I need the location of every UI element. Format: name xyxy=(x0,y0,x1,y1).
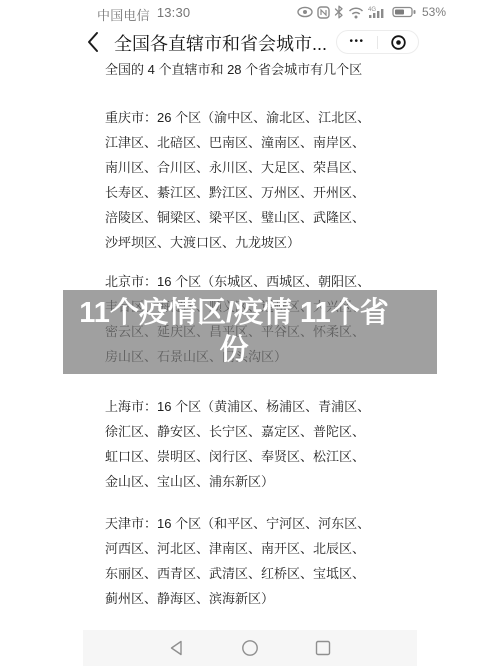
carrier-label: 中国电信 xyxy=(97,5,150,24)
back-triangle-icon[interactable] xyxy=(167,638,187,658)
page-title: 全国各直辖市和省会城市... xyxy=(114,30,332,56)
article-line: 河西区、河北区、津南区、南开区、北辰区、 xyxy=(105,536,405,561)
wechat-capsule: ••• xyxy=(336,30,419,54)
battery-percent-label: 53% xyxy=(422,5,446,19)
bluetooth-icon xyxy=(334,5,344,19)
home-circle-icon[interactable] xyxy=(240,638,260,658)
article-line: 徐汇区、静安区、长宁区、嘉定区、普陀区、 xyxy=(105,419,405,444)
article-line: 金山区、宝山区、浦东新区） xyxy=(105,469,405,494)
article-heading: 全国的 4 个直辖市和 28 个省会城市有几个区 xyxy=(105,57,405,82)
article-line: 上海市：16 个区（黄浦区、杨浦区、青浦区、 xyxy=(105,394,405,419)
wifi-icon xyxy=(348,6,364,19)
article-line: 长寿区、綦江区、黔江区、万州区、开州区、 xyxy=(105,180,405,205)
signal-4g-icon: 4G xyxy=(368,5,388,19)
article-line: 天津市：16 个区（和平区、宁河区、河东区、 xyxy=(105,511,405,536)
back-chevron-icon[interactable] xyxy=(86,31,100,53)
article-line: 东丽区、西青区、武清区、红桥区、宝坻区、 xyxy=(105,561,405,586)
article-paragraph: 上海市：16 个区（黄浦区、杨浦区、青浦区、徐汇区、静安区、长宁区、嘉定区、普陀… xyxy=(105,394,405,494)
article-line: 涪陵区、铜梁区、梁平区、璧山区、武隆区、 xyxy=(105,205,405,230)
article-line: 虹口区、崇明区、闵行区、奉贤区、松江区、 xyxy=(105,444,405,469)
article-line: 南川区、合川区、永川区、大足区、荣昌区、 xyxy=(105,155,405,180)
nfc-icon xyxy=(317,6,330,19)
phone-screen: 中国电信 13:30 4G xyxy=(0,0,500,666)
watermark-line: 份 xyxy=(219,332,248,369)
battery-icon xyxy=(392,6,416,18)
article-paragraph: 天津市：16 个区（和平区、宁河区、河东区、河西区、河北区、津南区、南开区、北辰… xyxy=(105,511,405,611)
android-nav-bar xyxy=(83,630,417,666)
clock-label: 13:30 xyxy=(157,5,191,24)
svg-text:4G: 4G xyxy=(368,7,376,13)
watermark-line: 11个疫情区/疫情 11个省 xyxy=(79,295,388,332)
status-left: 中国电信 13:30 xyxy=(97,5,190,24)
article-line: 江津区、北碚区、巴南区、潼南区、南岸区、 xyxy=(105,130,405,155)
watermark-overlay: 11个疫情区/疫情 11个省 份 xyxy=(63,290,437,374)
eye-protection-icon xyxy=(297,6,313,18)
article-line: 蓟州区、静海区、滨海新区） xyxy=(105,586,405,611)
article-paragraph: 重庆市：26 个区（渝中区、渝北区、江北区、江津区、北碚区、巴南区、潼南区、南岸… xyxy=(105,105,405,255)
article-line: 沙坪坝区、大渡口区、九龙坡区） xyxy=(105,230,405,255)
target-icon[interactable] xyxy=(378,34,418,51)
status-icons: 4G 53% xyxy=(297,3,446,21)
recents-square-icon[interactable] xyxy=(313,638,333,658)
article-line: 重庆市：26 个区（渝中区、渝北区、江北区、 xyxy=(105,105,405,130)
more-icon[interactable]: ••• xyxy=(337,37,377,47)
